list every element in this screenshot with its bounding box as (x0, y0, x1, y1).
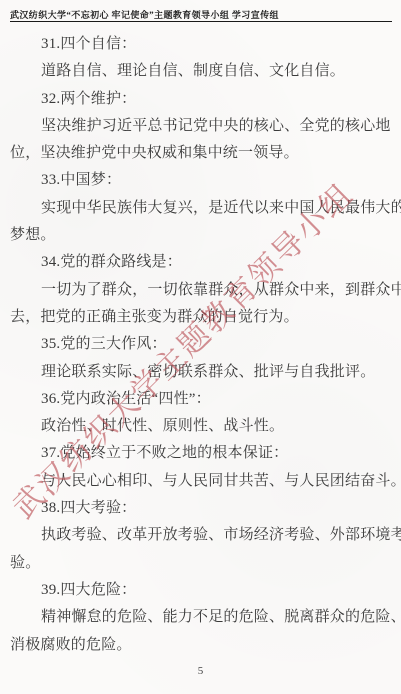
text-line: 36.党内政治生活“四性”： (10, 386, 392, 413)
text-line: 坚决维护习近平总书记党中央的核心、全党的核心地 (10, 113, 392, 140)
text-line: 33.中国梦： (10, 167, 392, 194)
text-line: 精神懈怠的危险、能力不足的危险、脱离群众的危险、 (10, 604, 392, 631)
text-line: 理论联系实际、密切联系群众、批评与自我批评。 (10, 359, 392, 386)
page-number: 5 (0, 665, 401, 677)
text-line: 验。 (10, 550, 392, 577)
text-line: 37.党始终立于不败之地的根本保证： (10, 440, 392, 467)
document-body: 31.四个自信： 道路自信、理论自信、制度自信、文化自信。 32.两个维护： 坚… (10, 31, 392, 659)
text-line: 与人民心心相印、与人民同甘共苦、与人民团结奋斗。 (10, 468, 392, 495)
text-line: 道路自信、理论自信、制度自信、文化自信。 (10, 58, 392, 85)
text-line: 位，坚决维护党中央权威和集中统一领导。 (10, 140, 392, 167)
text-line: 34.党的群众路线是： (10, 249, 392, 276)
text-line: 39.四大危险： (10, 577, 392, 604)
text-line: 38.四大考验： (10, 495, 392, 522)
text-line: 一切为了群众，一切依靠群众，从群众中来，到群众中 (10, 277, 392, 304)
text-line: 实现中华民族伟大复兴，是近代以来中国人民最伟大的 (10, 195, 392, 222)
text-line: 去，把党的正确主张变为群众的自觉行为。 (10, 304, 392, 331)
text-line: 梦想。 (10, 222, 392, 249)
text-line: 35.党的三大作风： (10, 331, 392, 358)
scanned-document-page: 武汉纺织大学“不忘初心 牢记使命”主题教育领导小组 学习宣传组 31.四个自信：… (0, 0, 401, 694)
text-line: 消极腐败的危险。 (10, 632, 392, 659)
text-line: 32.两个维护： (10, 86, 392, 113)
text-line: 执政考验、改革开放考验、市场经济考验、外部环境考 (10, 522, 392, 549)
text-line: 政治性、时代性、原则性、战斗性。 (10, 413, 392, 440)
text-line: 31.四个自信： (10, 31, 392, 58)
header-divider (10, 21, 392, 22)
page-header: 武汉纺织大学“不忘初心 牢记使命”主题教育领导小组 学习宣传组 (10, 8, 392, 21)
